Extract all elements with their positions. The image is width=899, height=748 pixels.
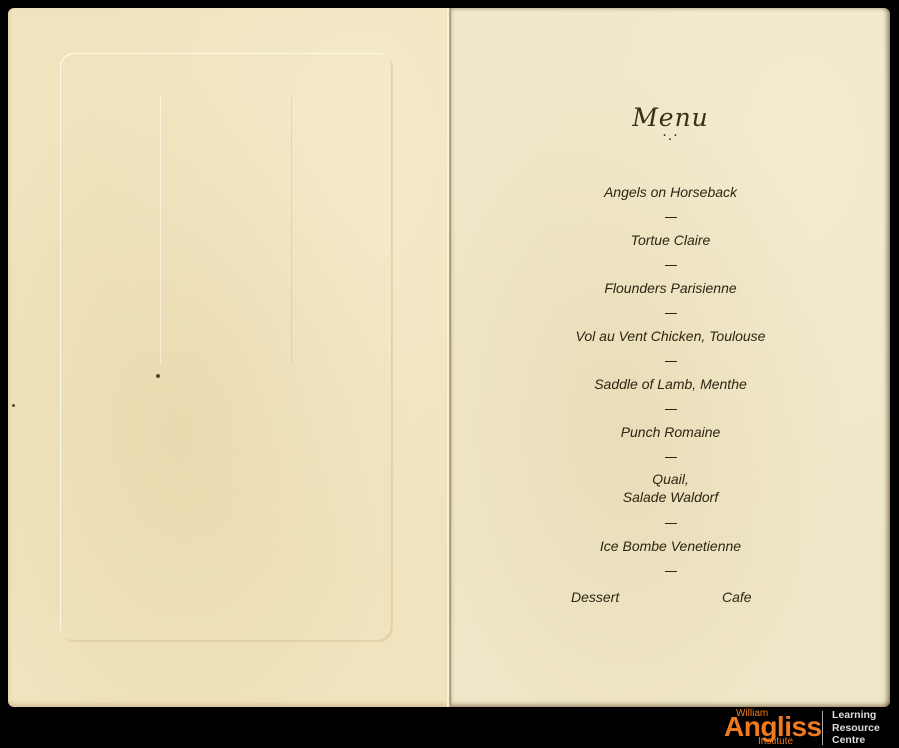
menu-item-quail: Quail, Salade Waldorf xyxy=(451,468,890,510)
separator xyxy=(451,444,890,468)
separator xyxy=(451,396,890,420)
separator xyxy=(451,252,890,276)
logo-lrc-line: Centre xyxy=(832,734,880,747)
logo-lrc-line: Resource xyxy=(832,722,880,735)
menu-dessert: Dessert xyxy=(571,589,619,605)
embossed-inner-panel xyxy=(160,95,292,365)
menu-item: Vol au Vent Chicken, Toulouse xyxy=(451,324,890,348)
menu-item: Punch Romaine xyxy=(451,420,890,444)
separator xyxy=(451,300,890,324)
separator xyxy=(451,510,890,534)
menu-item: Ice Bombe Venetienne xyxy=(451,534,890,558)
separator xyxy=(451,348,890,372)
menu-list: Angels on Horseback Tortue Claire Flound… xyxy=(451,180,890,582)
menu-item: Saddle of Lamb, Menthe xyxy=(451,372,890,396)
logo-divider xyxy=(822,711,823,745)
separator xyxy=(451,558,890,582)
menu-item: Angels on Horseback xyxy=(451,180,890,204)
paper-spot xyxy=(156,374,160,378)
menu-item: Tortue Claire xyxy=(451,228,890,252)
logo-institute: Institute xyxy=(758,736,793,747)
separator xyxy=(451,204,890,228)
menu-cafe: Cafe xyxy=(722,589,752,605)
menu-item-line: Quail, xyxy=(451,470,890,488)
angliss-logo: William Angliss Institute Learning Resou… xyxy=(722,707,899,748)
paper-spot xyxy=(12,404,15,407)
logo-lrc-line: Learning xyxy=(832,709,880,722)
menu-item: Flounders Parisienne xyxy=(451,276,890,300)
menu-item-line: Salade Waldorf xyxy=(451,488,890,506)
logo-learning-resource-centre: Learning Resource Centre xyxy=(832,709,880,747)
menu-ornament: ·.· xyxy=(451,128,890,144)
